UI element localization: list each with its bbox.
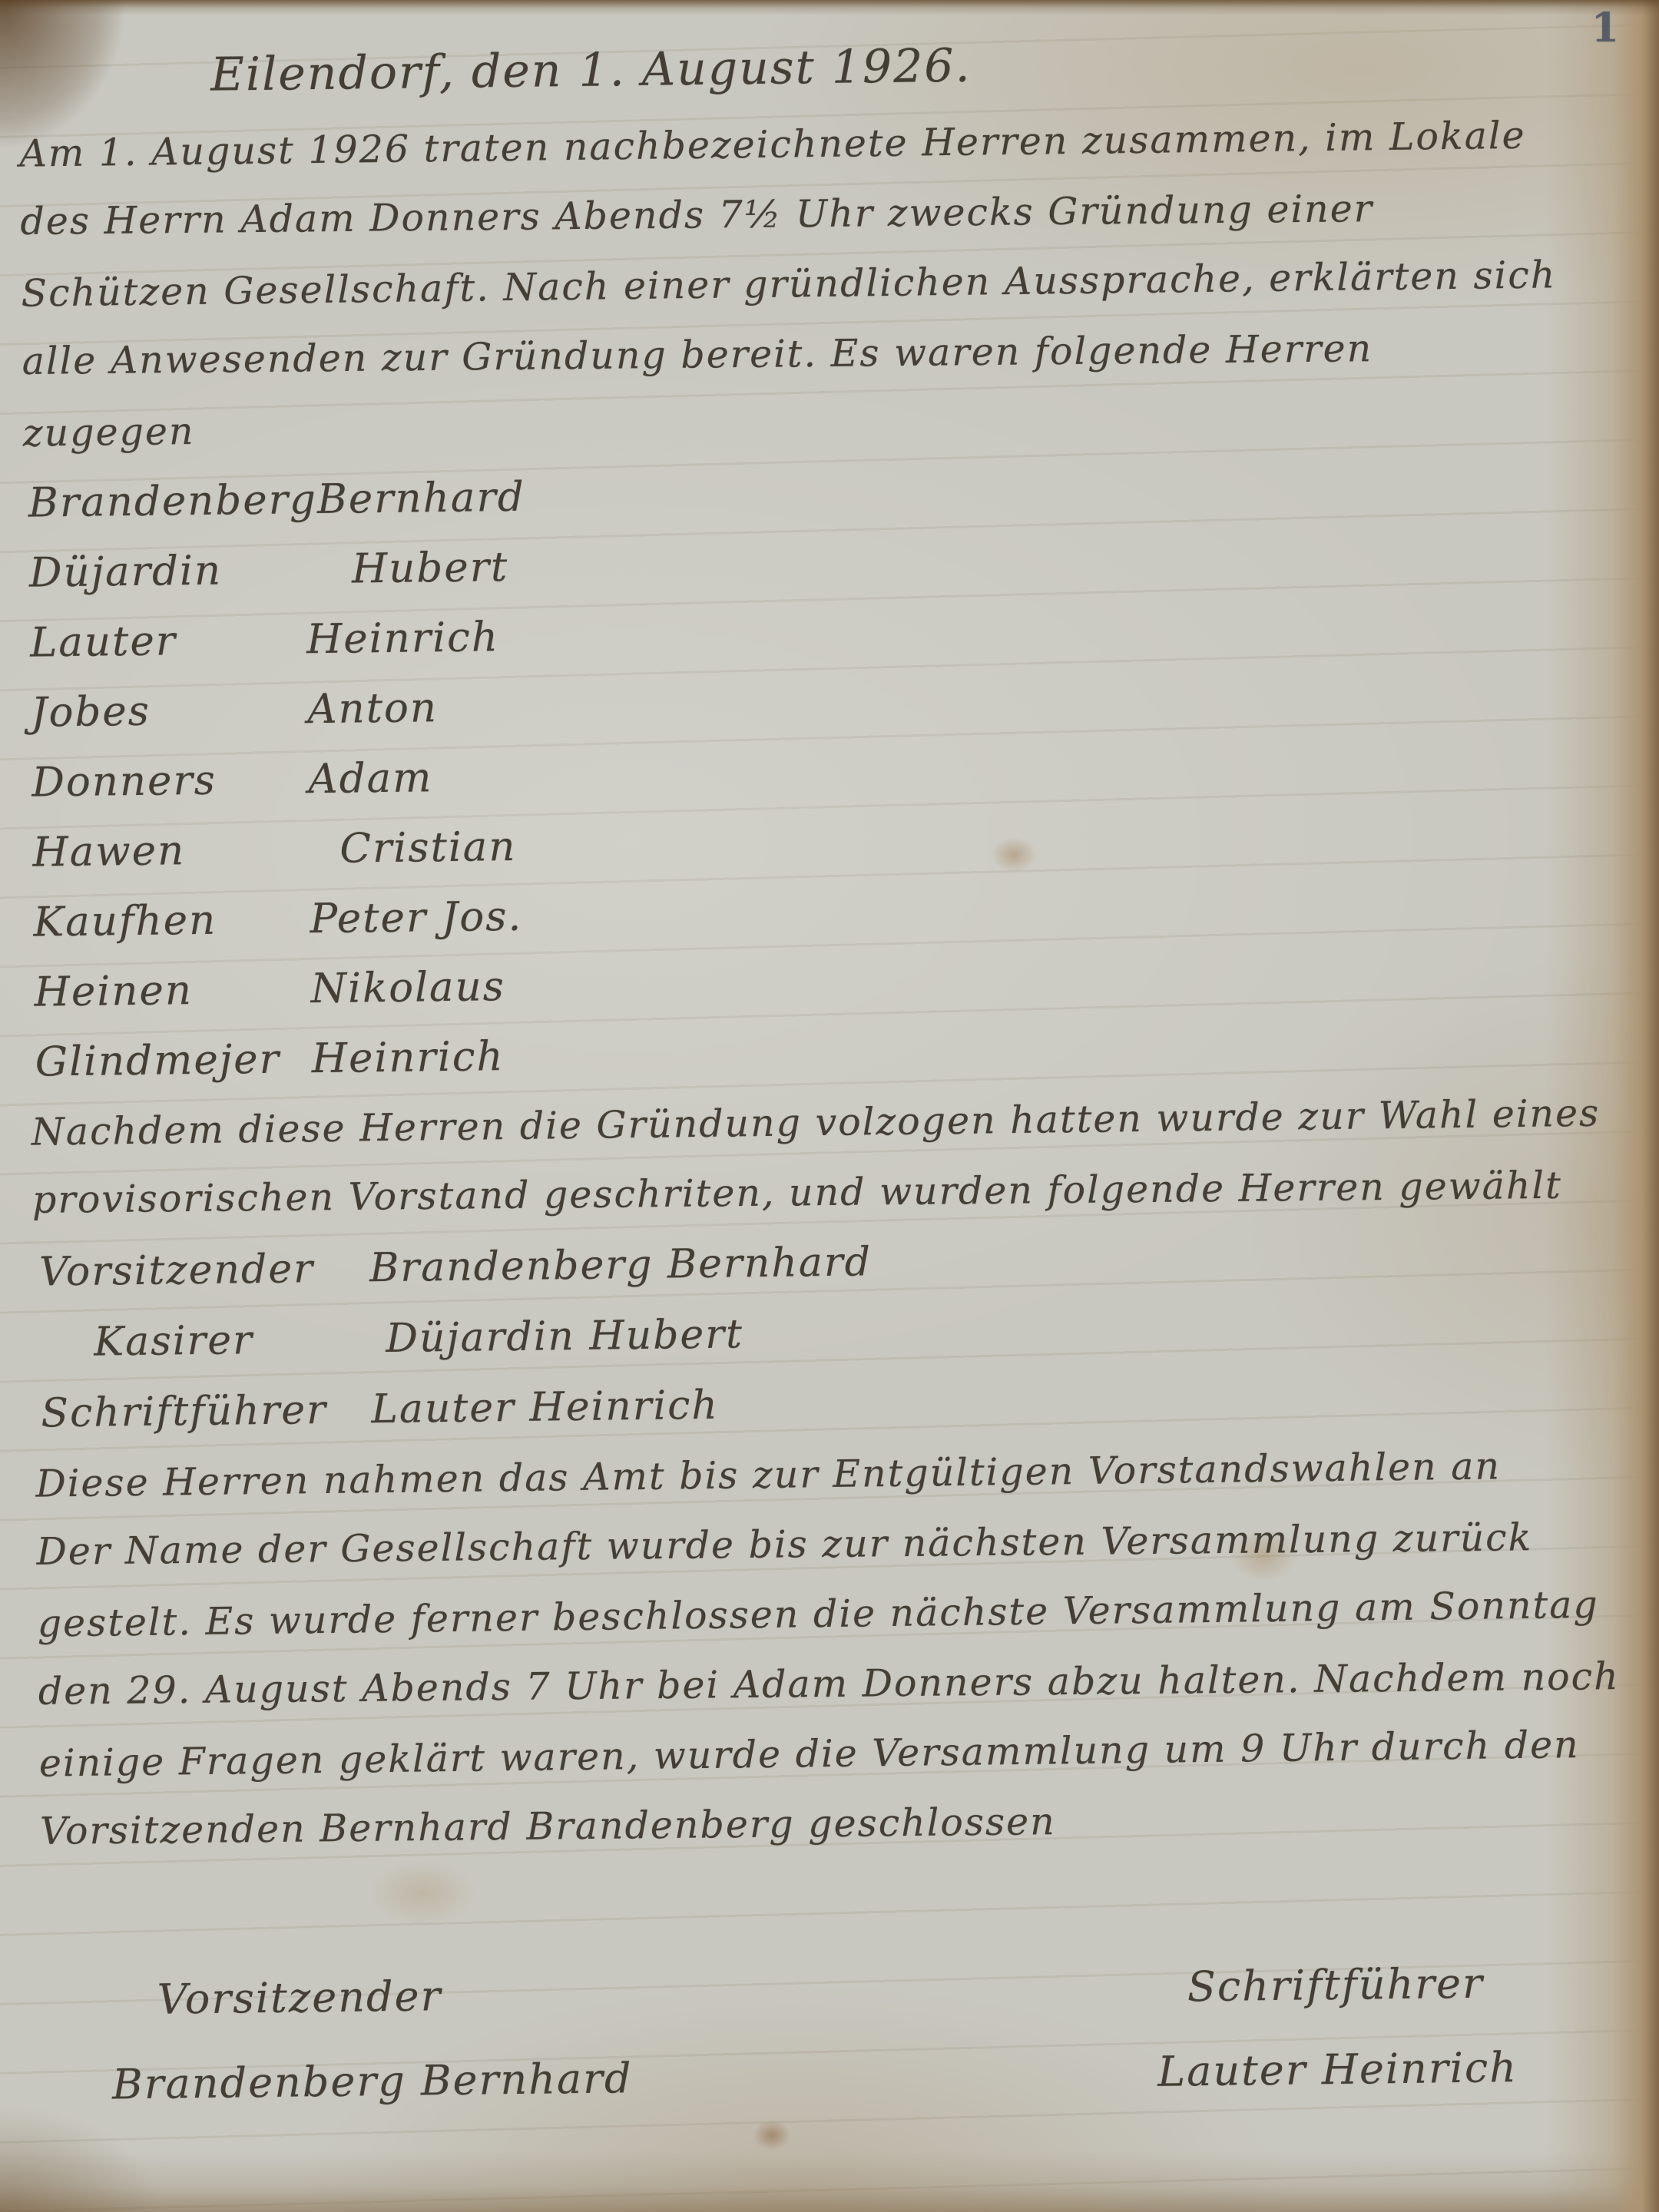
attendee-family-name: Brandenberg bbox=[28, 465, 317, 538]
attendee-given-name: Nikolaus bbox=[310, 952, 505, 1024]
attendee-family-name: Jobes bbox=[31, 674, 308, 747]
signature-chairman: Vorsitzender Brandenberg Bernhard bbox=[111, 1952, 633, 2127]
signature-secretary: Schriftführer Lauter Heinrich bbox=[1156, 1941, 1518, 2114]
handwritten-content: Eilendorf, den 1. August 1926. Am 1. Aug… bbox=[18, 10, 1633, 2128]
attendee-family-name: Glindmejer bbox=[35, 1024, 312, 1097]
attendee-family-name: Lauter bbox=[30, 604, 307, 677]
signature-role: Vorsitzender bbox=[157, 1952, 632, 2042]
text-line: Vorsitzenden Bernhard Brandenberg geschl… bbox=[40, 1781, 1631, 1866]
paper-stain bbox=[753, 2120, 791, 2151]
attendee-family-name: Hawen bbox=[32, 814, 340, 888]
signature-role: Schriftführer bbox=[1187, 1941, 1517, 2029]
attendee-given-name: Hubert bbox=[351, 532, 508, 604]
signature-name: Lauter Heinrich bbox=[1157, 2025, 1518, 2114]
attendee-given-name: Heinrich bbox=[306, 602, 500, 674]
attendee-family-name: Donners bbox=[31, 744, 309, 817]
attendee-given-name: Peter Jos. bbox=[310, 882, 523, 954]
officer-role: Schriftführer bbox=[41, 1374, 372, 1449]
opening-paragraph: Am 1. August 1926 traten nachbezeichnete… bbox=[19, 99, 1613, 468]
attendee-given-name: Heinrich bbox=[311, 1022, 505, 1094]
attendee-list: Brandenberg Bernhard Düjardin Hubert Lau… bbox=[28, 449, 1621, 1097]
officer-role: Kasirer bbox=[94, 1303, 386, 1378]
officer-list: Vorsitzender Brandenberg Bernhard Kasire… bbox=[39, 1217, 1625, 1449]
officer-name: Düjardin Hubert bbox=[386, 1299, 744, 1374]
attendee-family-name: Düjardin bbox=[28, 534, 352, 608]
dateline: Eilendorf, den 1. August 1926. bbox=[210, 21, 1609, 111]
attendee-given-name: Bernhard bbox=[316, 462, 525, 535]
attendee-family-name: Kaufhen bbox=[33, 884, 310, 957]
attendee-family-name: Heinen bbox=[34, 954, 311, 1027]
attendee-given-name: Adam bbox=[308, 743, 433, 814]
officer-name: Brandenberg Bernhard bbox=[369, 1227, 873, 1303]
officer-role: Vorsitzender bbox=[39, 1233, 370, 1307]
election-paragraph: Nachdem diese Herren die Gründung volzog… bbox=[31, 1078, 1622, 1237]
attendee-given-name: Anton bbox=[307, 673, 439, 744]
signature-name: Brandenberg Bernhard bbox=[111, 2036, 633, 2127]
officer-name: Lauter Heinrich bbox=[371, 1370, 720, 1445]
attendee-given-name: Cristian bbox=[339, 812, 517, 884]
manuscript-page: 1 Eilendorf, den 1. August 1926. Am 1. A… bbox=[0, 0, 1659, 2212]
closing-paragraph: Diese Herren nahmen das Amt bis zur Entg… bbox=[35, 1429, 1631, 1868]
signature-area: Vorsitzender Brandenberg Bernhard Schrif… bbox=[111, 1941, 1518, 2127]
